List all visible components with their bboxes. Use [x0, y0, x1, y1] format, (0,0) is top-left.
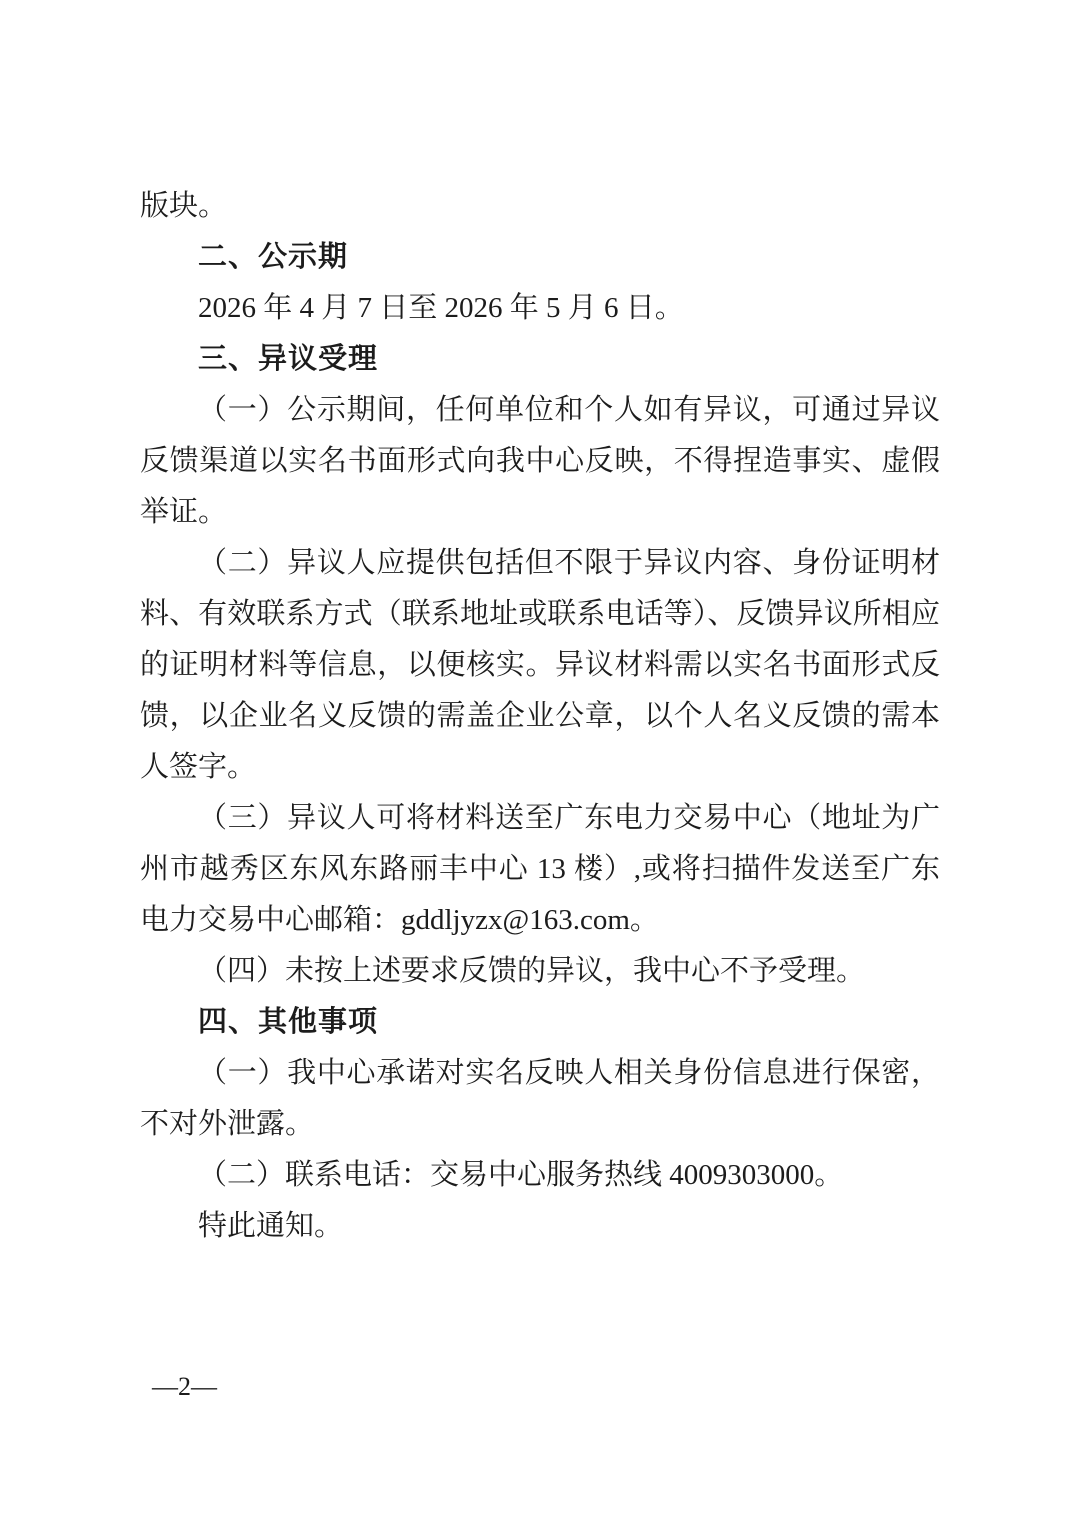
section-heading-other-matters: 四、其他事项 [140, 997, 940, 1048]
paragraph-objection-item-4: （四）未按上述要求反馈的异议，我中心不予受理。 [140, 946, 940, 997]
paragraph-closing: 特此通知。 [140, 1201, 940, 1252]
document-page: 版块。 二、公示期 2026 年 4 月 7 日至 2026 年 5 月 6 日… [0, 0, 1080, 1528]
paragraph-objection-item-1: （一）公示期间，任何单位和个人如有异议，可通过异议反馈渠道以实名书面形式向我中心… [140, 385, 940, 538]
paragraph-objection-item-3: （三）异议人可将材料送至广东电力交易中心（地址为广州市越秀区东风东路丽丰中心 1… [140, 793, 940, 946]
paragraph-other-item-2: （二）联系电话：交易中心服务热线 4009303000。 [140, 1150, 940, 1201]
paragraph-objection-item-2: （二）异议人应提供包括但不限于异议内容、身份证明材料、有效联系方式（联系地址或联… [140, 538, 940, 793]
section-heading-public-notice-period: 二、公示期 [140, 232, 940, 283]
document-body: 版块。 二、公示期 2026 年 4 月 7 日至 2026 年 5 月 6 日… [140, 181, 940, 1252]
page-number: —2— [152, 1372, 217, 1402]
paragraph-continuation: 版块。 [140, 181, 940, 232]
paragraph-notice-dates: 2026 年 4 月 7 日至 2026 年 5 月 6 日。 [140, 283, 940, 334]
paragraph-other-item-1: （一）我中心承诺对实名反映人相关身份信息进行保密，不对外泄露。 [140, 1048, 940, 1150]
section-heading-objection-acceptance: 三、异议受理 [140, 334, 940, 385]
